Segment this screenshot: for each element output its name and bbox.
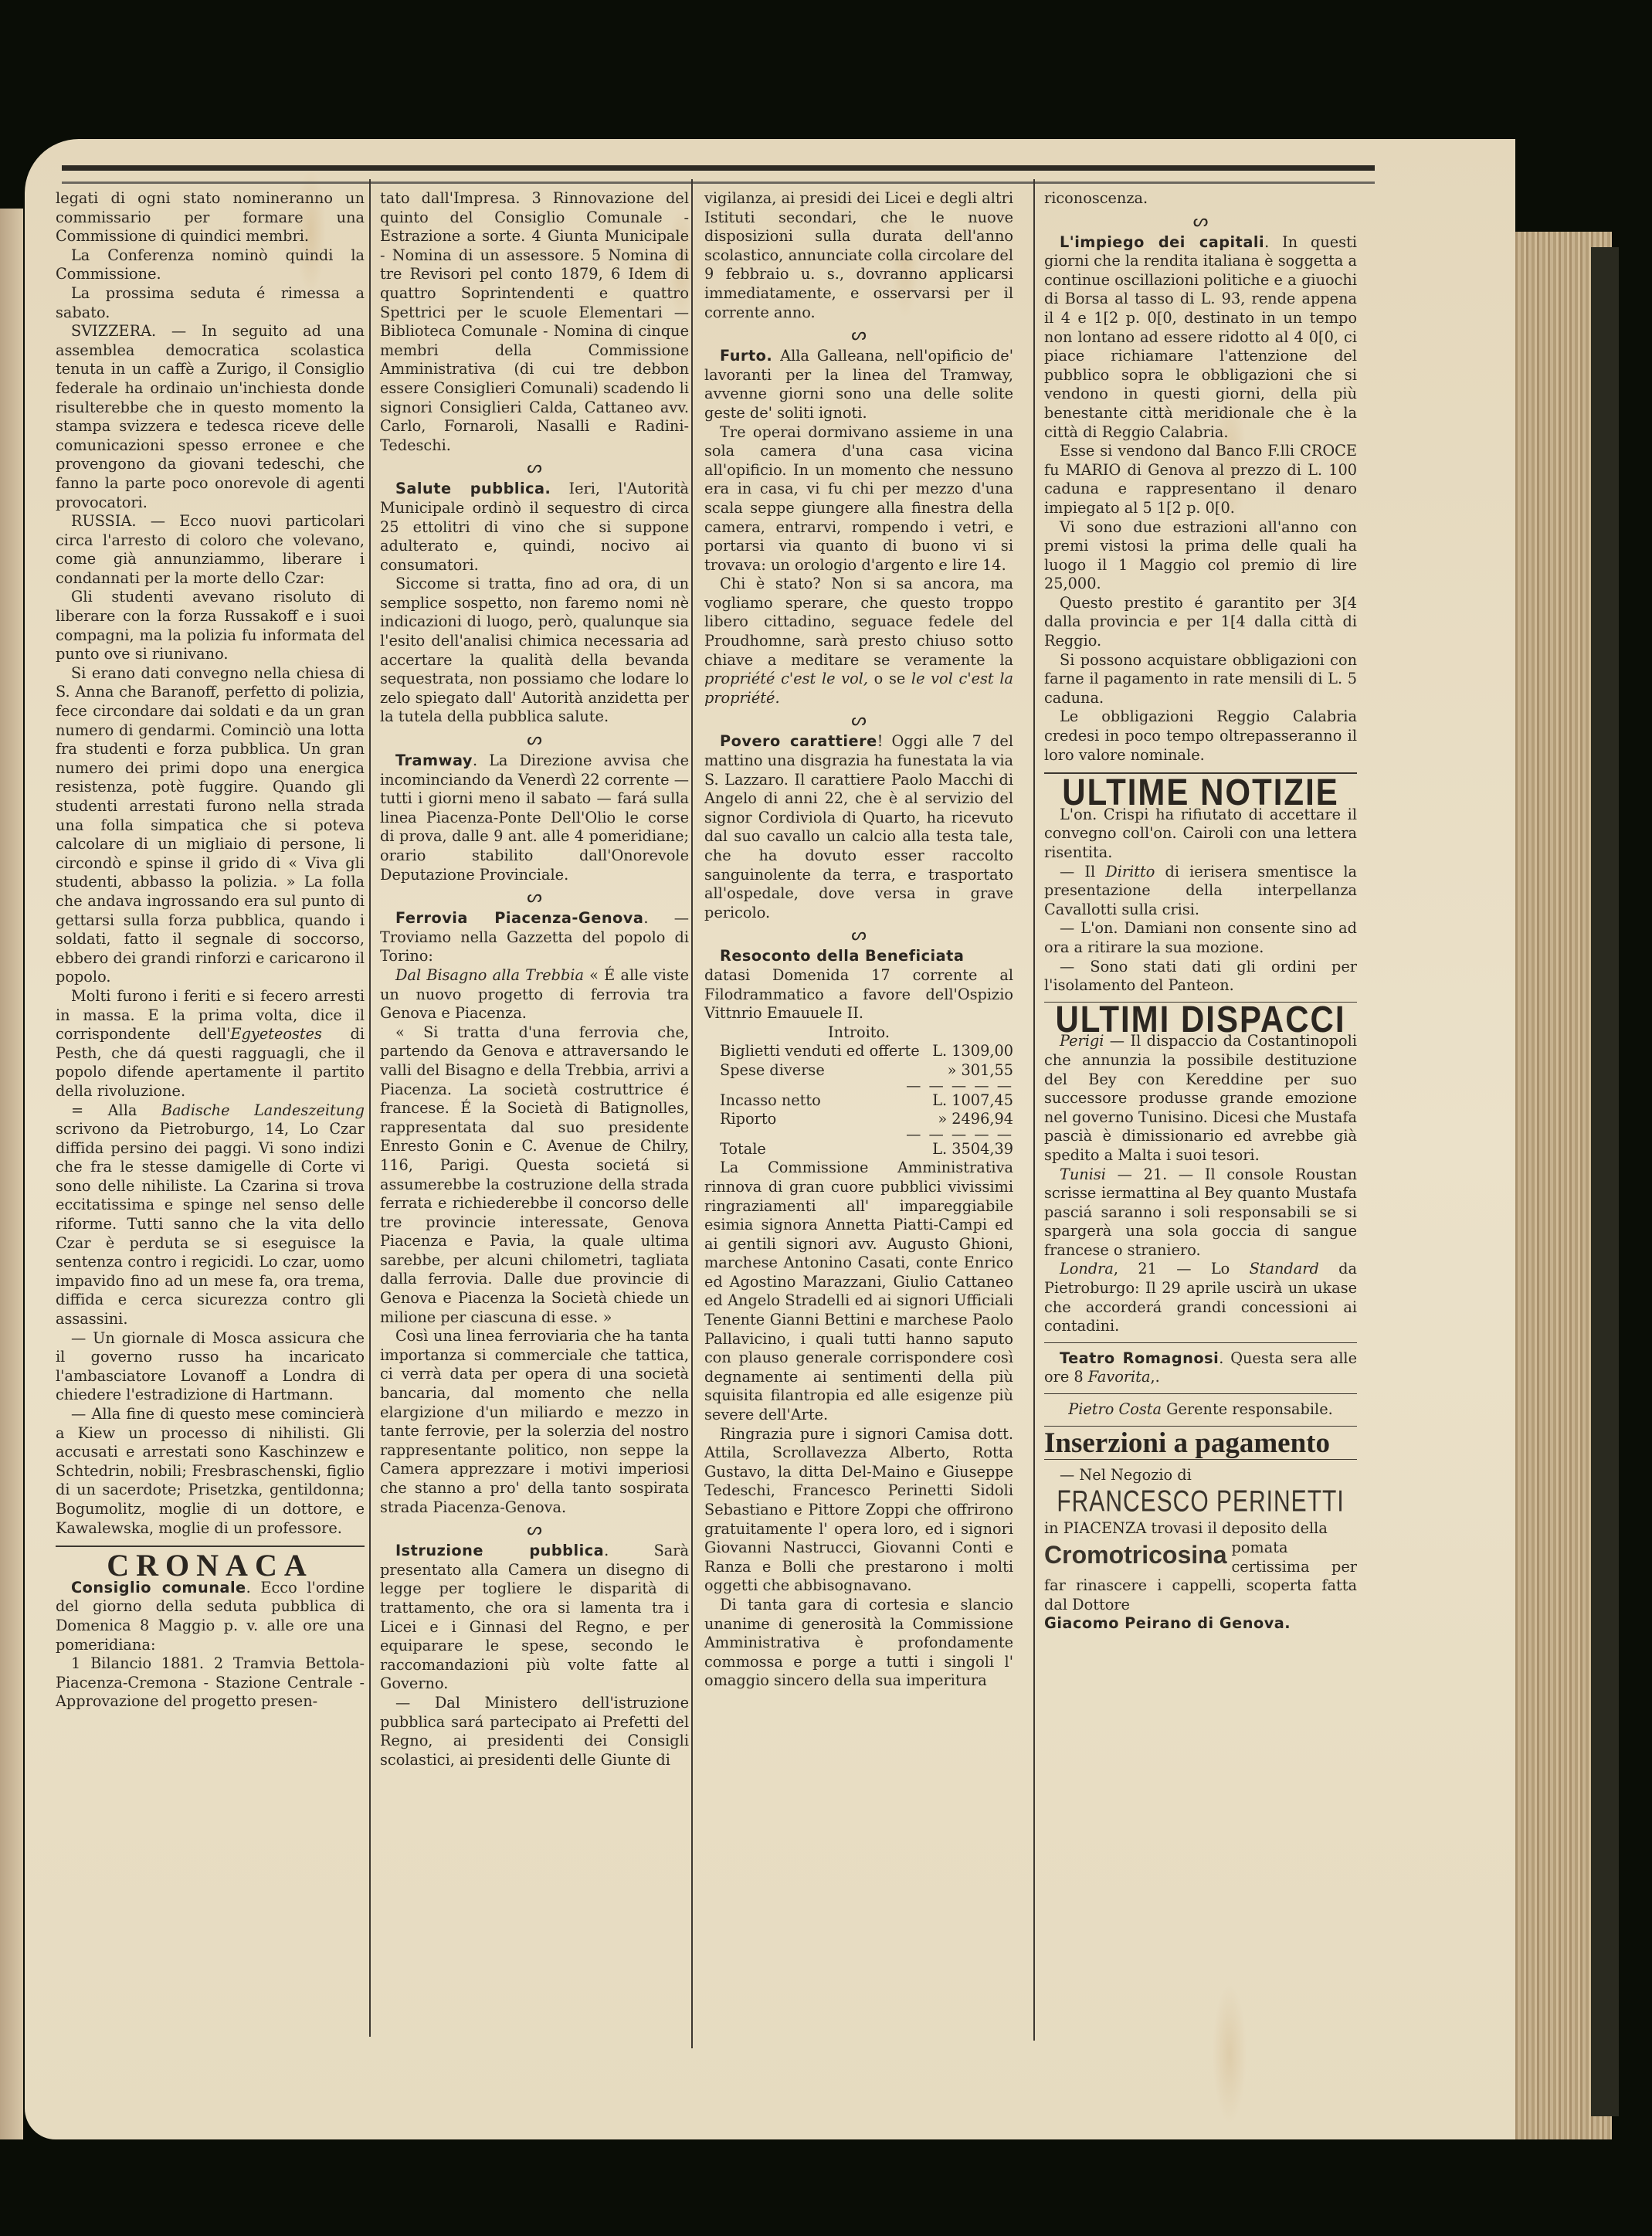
paragraph: — L'on. Damiani non consente sino ad ora… — [1044, 919, 1357, 957]
russia-paragraph: RUSSIA. — Ecco nuovi particolari circa l… — [56, 512, 365, 588]
paragraph: L'on. Crispi ha rifiutato di accettare i… — [1044, 806, 1357, 863]
paragraph: Siccome si tratta, fino ad ora, di un se… — [380, 575, 689, 727]
paragraph: « Si tratta d'una ferrovia che, partendo… — [380, 1023, 689, 1328]
istruzione-paragraph: Istruzione pubblica. Sarà presentato all… — [380, 1542, 689, 1694]
teatro-paragraph: Teatro Romagnosi. Questa sera alle ore 8… — [1044, 1349, 1357, 1387]
ad-doctor-name: Giacomo Peirano di Genova. — [1044, 1614, 1357, 1634]
ornament-separator: ᔕ — [380, 1522, 689, 1539]
paragraph: Di tanta gara di cortesia e slancio unan… — [704, 1596, 1013, 1691]
column-divider — [691, 179, 693, 2048]
paragraph: La Commissione Amministrativa rinnova di… — [704, 1159, 1013, 1424]
section-title-ultime-notizie: ULTIME NOTIZIE — [1044, 782, 1357, 803]
paragraph: La Conferenza nominò quindi la Commissio… — [56, 246, 365, 284]
paragraph: Vi sono due estrazioni all'anno con prem… — [1044, 518, 1357, 594]
section-rule — [1044, 1426, 1357, 1427]
paragraph: Ringrazia pure i signori Camisa dott. At… — [704, 1425, 1013, 1596]
resoconto-heading: Resoconto della Beneficiata — [704, 947, 1013, 966]
paragraph: riconoscenza. — [1044, 189, 1357, 209]
ledger-rule: — — — — — — [704, 1129, 1013, 1140]
section-title-ultimi-dispacci: ULTIMI DISPACCI — [1044, 1009, 1357, 1030]
paragraph: Le obbligazioni Reggio Calabria credesi … — [1044, 707, 1357, 765]
headline: Ferrovia Piacenza-Genova — [395, 909, 643, 927]
dispatch-paragraph: Londra, 21 — Lo Standard da Pietroburgo:… — [1044, 1260, 1357, 1335]
column-4: riconoscenza. ᔕ L'impiego dei capitali. … — [1044, 189, 1357, 1634]
ornament-separator: ᔕ — [704, 327, 1013, 344]
paragraph: Gli studenti avevano risoluto di liberar… — [56, 588, 365, 663]
column-2: tato dall'Impresa. 3 Rinnovazione del qu… — [380, 189, 689, 1769]
introito-label: Introito. — [704, 1023, 1013, 1043]
headline: Tramway — [395, 752, 473, 769]
section-rule — [56, 1546, 365, 1547]
column-divider — [1033, 179, 1035, 2041]
paragraph: vigilanza, ai presidi dei Licei e degli … — [704, 189, 1013, 322]
section-rule — [1044, 1393, 1357, 1394]
paragraph: — Il Diritto di ierisera smentisce la pr… — [1044, 863, 1357, 920]
impiego-paragraph: L'impiego dei capitali. In questi giorni… — [1044, 233, 1357, 443]
svizzera-paragraph: SVIZZERA. — In seguito ad una assemblea … — [56, 322, 365, 512]
book-cover — [1591, 247, 1619, 2116]
ferrovia-paragraph: Ferrovia Piacenza-Genova. — Troviamo nel… — [380, 909, 689, 966]
ornament-separator: ᔕ — [380, 460, 689, 477]
paragraph: Molti furono i feriti e si fecero arrest… — [56, 987, 365, 1101]
paragraph: — Alla fine di questo mese comincierà a … — [56, 1405, 365, 1538]
paragraph: Così una linea ferroviaria che ha tanta … — [380, 1327, 689, 1517]
column-3: vigilanza, ai presidi dei Licei e degli … — [704, 189, 1013, 1691]
ornament-separator: ᔕ — [1044, 213, 1357, 230]
headline: Salute pubblica. — [395, 480, 551, 497]
paragraph: — Un giornale di Mosca assicura che il g… — [56, 1329, 365, 1405]
paragraph: datasi Domenida 17 corrente al Filodramm… — [704, 966, 1013, 1023]
paragraph: — Dal Ministero dell'istruzione pubblica… — [380, 1694, 689, 1769]
paragraph: Chi è stato? Non si sa ancora, ma voglia… — [704, 575, 1013, 707]
headline: Istruzione pubblica — [395, 1542, 604, 1559]
headline: L'impiego dei capitali — [1060, 233, 1264, 251]
paragraph: Dal Bisagno alla Trebbia « É alle viste … — [380, 966, 689, 1023]
ad-product-name: Cromotricosina — [1044, 1539, 1226, 1571]
paragraph: tato dall'Impresa. 3 Rinnovazione del qu… — [380, 189, 689, 455]
consiglio-paragraph: Consiglio comunale. Ecco l'ordine del gi… — [56, 1579, 365, 1654]
section-title-cronaca: CRONACA — [56, 1556, 365, 1576]
masthead-rule — [62, 165, 1375, 184]
ledger-row-total: TotaleL. 3504,39 — [704, 1140, 1013, 1159]
ledger-row: Biglietti venduti ed offerteL. 1309,00 — [704, 1042, 1013, 1061]
ledger-rule: — — — — — — [704, 1081, 1013, 1091]
headline: Consiglio comunale — [71, 1579, 246, 1596]
left-page-edge — [0, 209, 23, 2139]
paragraph: legati di ogni stato nomineranno un comm… — [56, 189, 365, 246]
section-rule — [1044, 1342, 1357, 1343]
ad-product-block: Cromotricosina pomata certissima per far… — [1044, 1539, 1357, 1614]
paragraph: Si erano dati convegno nella chiesa di S… — [56, 664, 365, 987]
paragraph: La prossima seduta é rimessa a sabato. — [56, 284, 365, 322]
ledger-row: Incasso nettoL. 1007,45 — [704, 1091, 1013, 1111]
ad-text: in PIACENZA trovasi il deposito della — [1044, 1519, 1357, 1539]
headline: Furto. — [720, 347, 772, 365]
paragraph: = Alla Badische Landeszeitung scrivono d… — [56, 1101, 365, 1329]
ad-merchant-name: FRANCESCO PERINETTI — [1044, 1490, 1357, 1515]
paragraph: Si possono acquistare obbligazioni con f… — [1044, 651, 1357, 708]
dispatch-paragraph: Tunisi — 21. — Il console Roustan scriss… — [1044, 1166, 1357, 1261]
salute-paragraph: Salute pubblica. Ieri, l'Autorità Munici… — [380, 480, 689, 575]
section-rule — [1044, 1459, 1357, 1460]
headline: Povero carattiere — [720, 732, 877, 750]
paragraph: Tre operai dormivano assieme in una sola… — [704, 423, 1013, 575]
ornament-separator: ᔕ — [380, 731, 689, 748]
paragraph: Questo prestito é garantito per 3[4 dall… — [1044, 594, 1357, 651]
ornament-separator: ᔕ — [380, 889, 689, 906]
ornament-separator: ᔕ — [704, 712, 1013, 729]
furto-paragraph: Furto. Alla Galleana, nell'opificio de' … — [704, 347, 1013, 422]
ad-intro: — Nel Negozio di — [1044, 1466, 1357, 1485]
paragraph: — Sono stati dati gli ordini per l'isola… — [1044, 958, 1357, 996]
ornament-separator: ᔕ — [704, 927, 1013, 944]
column-divider — [369, 179, 371, 2037]
paragraph: Esse si vendono dal Banco F.lli CROCE fu… — [1044, 442, 1357, 517]
headline: Teatro Romagnosi — [1060, 1349, 1219, 1367]
headline: Resoconto della Beneficiata — [720, 947, 964, 965]
paragraph: 1 Bilancio 1881. 2 Tramvia Bettola-Piace… — [56, 1654, 365, 1712]
gerente-line: Pietro Costa Gerente responsabile. — [1044, 1400, 1357, 1420]
povero-paragraph: Povero carattiere! Oggi alle 7 del matti… — [704, 732, 1013, 922]
column-1: legati di ogni stato nomineranno un comm… — [56, 189, 365, 1712]
section-title-inserzioni: Inserzioni a pagamento — [1044, 1434, 1357, 1454]
tramway-paragraph: Tramway. La Direzione avvisa che incomin… — [380, 752, 689, 884]
dispatch-paragraph: Perigi — Il dispaccio da Costantinopoli … — [1044, 1032, 1357, 1165]
